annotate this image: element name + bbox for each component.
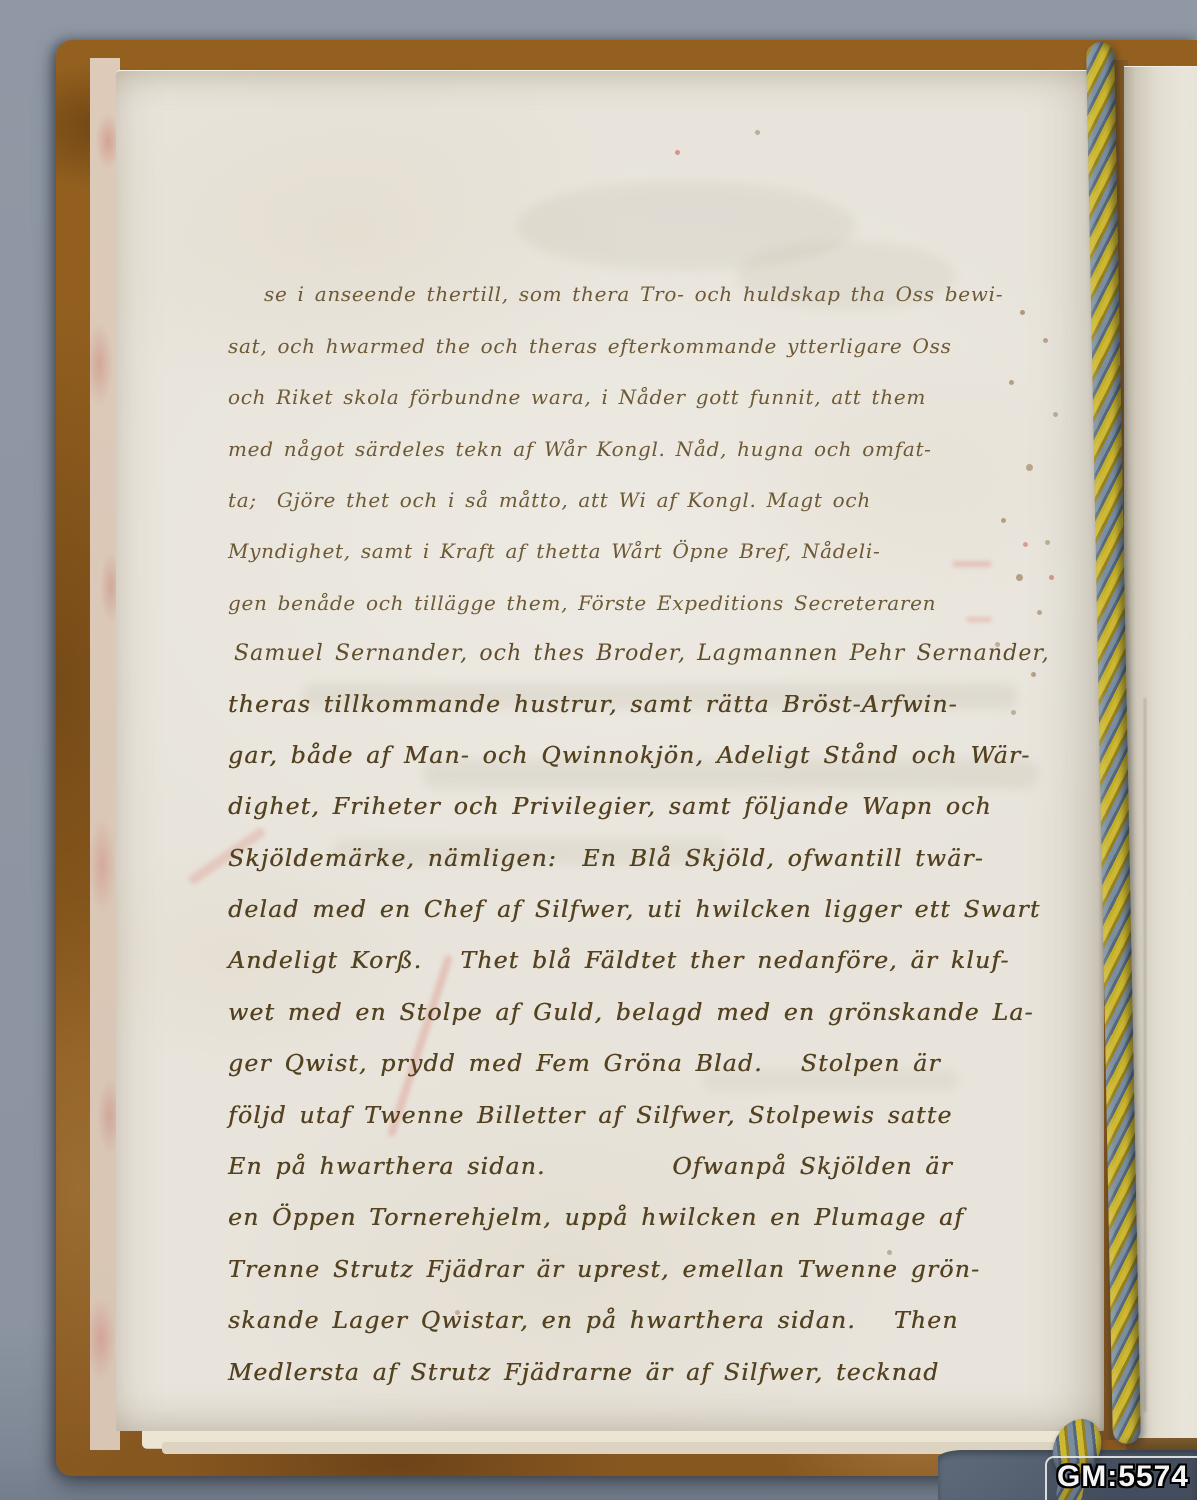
- manuscript-line: skande Lager Qwistar, en på hwarthera si…: [228, 1288, 978, 1339]
- manuscript-line: Medlersta af Strutz Fjädrarne är af Silf…: [228, 1339, 978, 1390]
- manuscript-line: Myndighet, samt i Kraft af thetta Wårt Ö…: [228, 517, 978, 568]
- manuscript-line: sat, och hwarmed the och theras efterkom…: [228, 311, 978, 362]
- manuscript-line: ta; Gjöre thet och i så måtto, att Wi af…: [228, 466, 978, 517]
- manuscript-line: gen benåde och tillägge them, Förste Exp…: [228, 568, 978, 619]
- manuscript-line: gar, både af Man- och Qwinnokjön, Adelig…: [228, 723, 978, 774]
- manuscript-line: Trenne Strutz Fjädrar är uprest, emellan…: [228, 1236, 978, 1287]
- manuscript-line: theras tillkommande hustrur, samt rätta …: [228, 671, 978, 722]
- manuscript-line: dighet, Friheter och Privilegier, samt f…: [228, 774, 978, 825]
- manuscript-line: delad med en Chef af Silfwer, uti hwilck…: [228, 877, 978, 928]
- manuscript-line: följd utaf Twenne Billetter af Silfwer, …: [228, 1082, 978, 1133]
- manuscript-line: en Öppen Tornerehjelm, uppå hwilcken en …: [228, 1185, 978, 1236]
- manuscript-line: Samuel Sernander, och thes Broder, Lagma…: [228, 620, 978, 671]
- manuscript-line: Andeligt Korß. Thet blå Fäldtet ther ned…: [228, 928, 978, 979]
- page-crease: [1144, 698, 1146, 1411]
- manuscript-line: med något särdeles tekn af Wår Kongl. Nå…: [228, 414, 978, 465]
- manuscript-line: ger Qwist, prydd med Fem Gröna Blad. Sto…: [228, 1031, 978, 1082]
- foxing-specks: [116, 71, 119, 74]
- manuscript-text: se i anseende thertill, som thera Tro- o…: [228, 260, 978, 1391]
- manuscript-line: se i anseende thertill, som thera Tro- o…: [228, 260, 978, 311]
- manuscript-line: En på hwarthera sidan. Ofwanpå Skjölden …: [228, 1134, 978, 1185]
- manuscript-line: Skjöldemärke, nämligen: En Blå Skjöld, o…: [228, 825, 978, 876]
- manuscript-line: wet med en Stolpe af Guld, belagd med en…: [228, 979, 978, 1030]
- photo-background: se i anseende thertill, som thera Tro- o…: [0, 0, 1197, 1500]
- manuscript-line: och Riket skola förbundne wara, i Nåder …: [228, 363, 978, 414]
- catalog-label: GM:5574: [1045, 1456, 1197, 1500]
